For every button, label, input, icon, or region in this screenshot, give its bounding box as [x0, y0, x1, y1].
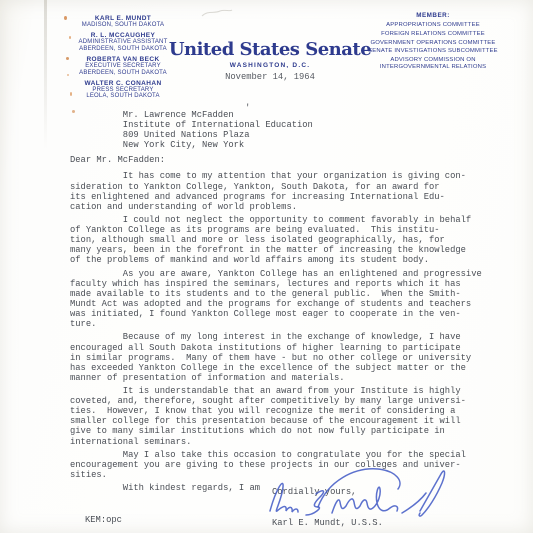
rust-speck: [67, 74, 69, 76]
letter-body: Mr. Lawrence McFadden Institute of Inter…: [70, 110, 500, 493]
staff-entry: WALTER C. CONAHAN PRESS SECRETARY LEOLA,…: [62, 80, 184, 100]
body-paragraph: Because of my long interest in the excha…: [70, 332, 500, 382]
recipient-address-block: Mr. Lawrence McFadden Institute of Inter…: [70, 110, 500, 150]
staff-location: MADISON, SOUTH DAKOTA: [62, 22, 184, 28]
body-paragraph: As you are aware, Yankton College has an…: [70, 269, 500, 330]
paper-edge-shadow: [44, 0, 47, 150]
rust-speck: [64, 16, 67, 20]
pencil-scribble-artifact: [200, 6, 234, 20]
letter-date: November 14, 1964: [158, 72, 382, 82]
body-paragraph: It is understandable that an award from …: [70, 386, 500, 447]
reference-initials: KEM:opc: [85, 515, 122, 525]
committee-item: ADVISORY COMMISSION ON INTERGOVERNMENTAL…: [345, 57, 521, 70]
staff-entry: KARL E. MUNDT MADISON, SOUTH DAKOTA: [62, 15, 184, 28]
rust-speck: [72, 110, 75, 113]
committee-item: FOREIGN RELATIONS COMMITTEE: [345, 31, 521, 38]
letter-paper: KARL E. MUNDT MADISON, SOUTH DAKOTA R. L…: [0, 0, 533, 533]
handwritten-signature: [262, 461, 477, 523]
letterhead-committees-column: MEMBER: APPROPRIATIONS COMMITTEE FOREIGN…: [345, 12, 521, 73]
typed-signature-name: Karl E. Mundt, U.S.S.: [272, 518, 383, 528]
rust-speck: [66, 57, 69, 60]
committee-item: GOVERNMENT OPERATIONS COMMITTEE: [345, 40, 521, 47]
body-paragraph: It has come to my attention that your or…: [70, 171, 500, 211]
body-paragraph: I could not neglect the opportunity to c…: [70, 215, 500, 265]
rust-speck: [69, 36, 71, 39]
staff-name: KARL E. MUNDT: [62, 15, 184, 22]
member-heading: MEMBER:: [345, 12, 521, 19]
staff-name: R. L. MCCAUGHEY: [62, 32, 184, 39]
rust-speck: [70, 92, 72, 96]
staff-location: LEOLA, SOUTH DAKOTA: [62, 93, 184, 99]
committee-item: APPROPRIATIONS COMMITTEE: [345, 22, 521, 29]
salutation: Dear Mr. McFadden:: [70, 155, 500, 165]
committee-item: SENATE INVESTIGATIONS SUBCOMMITTEE: [345, 48, 521, 55]
